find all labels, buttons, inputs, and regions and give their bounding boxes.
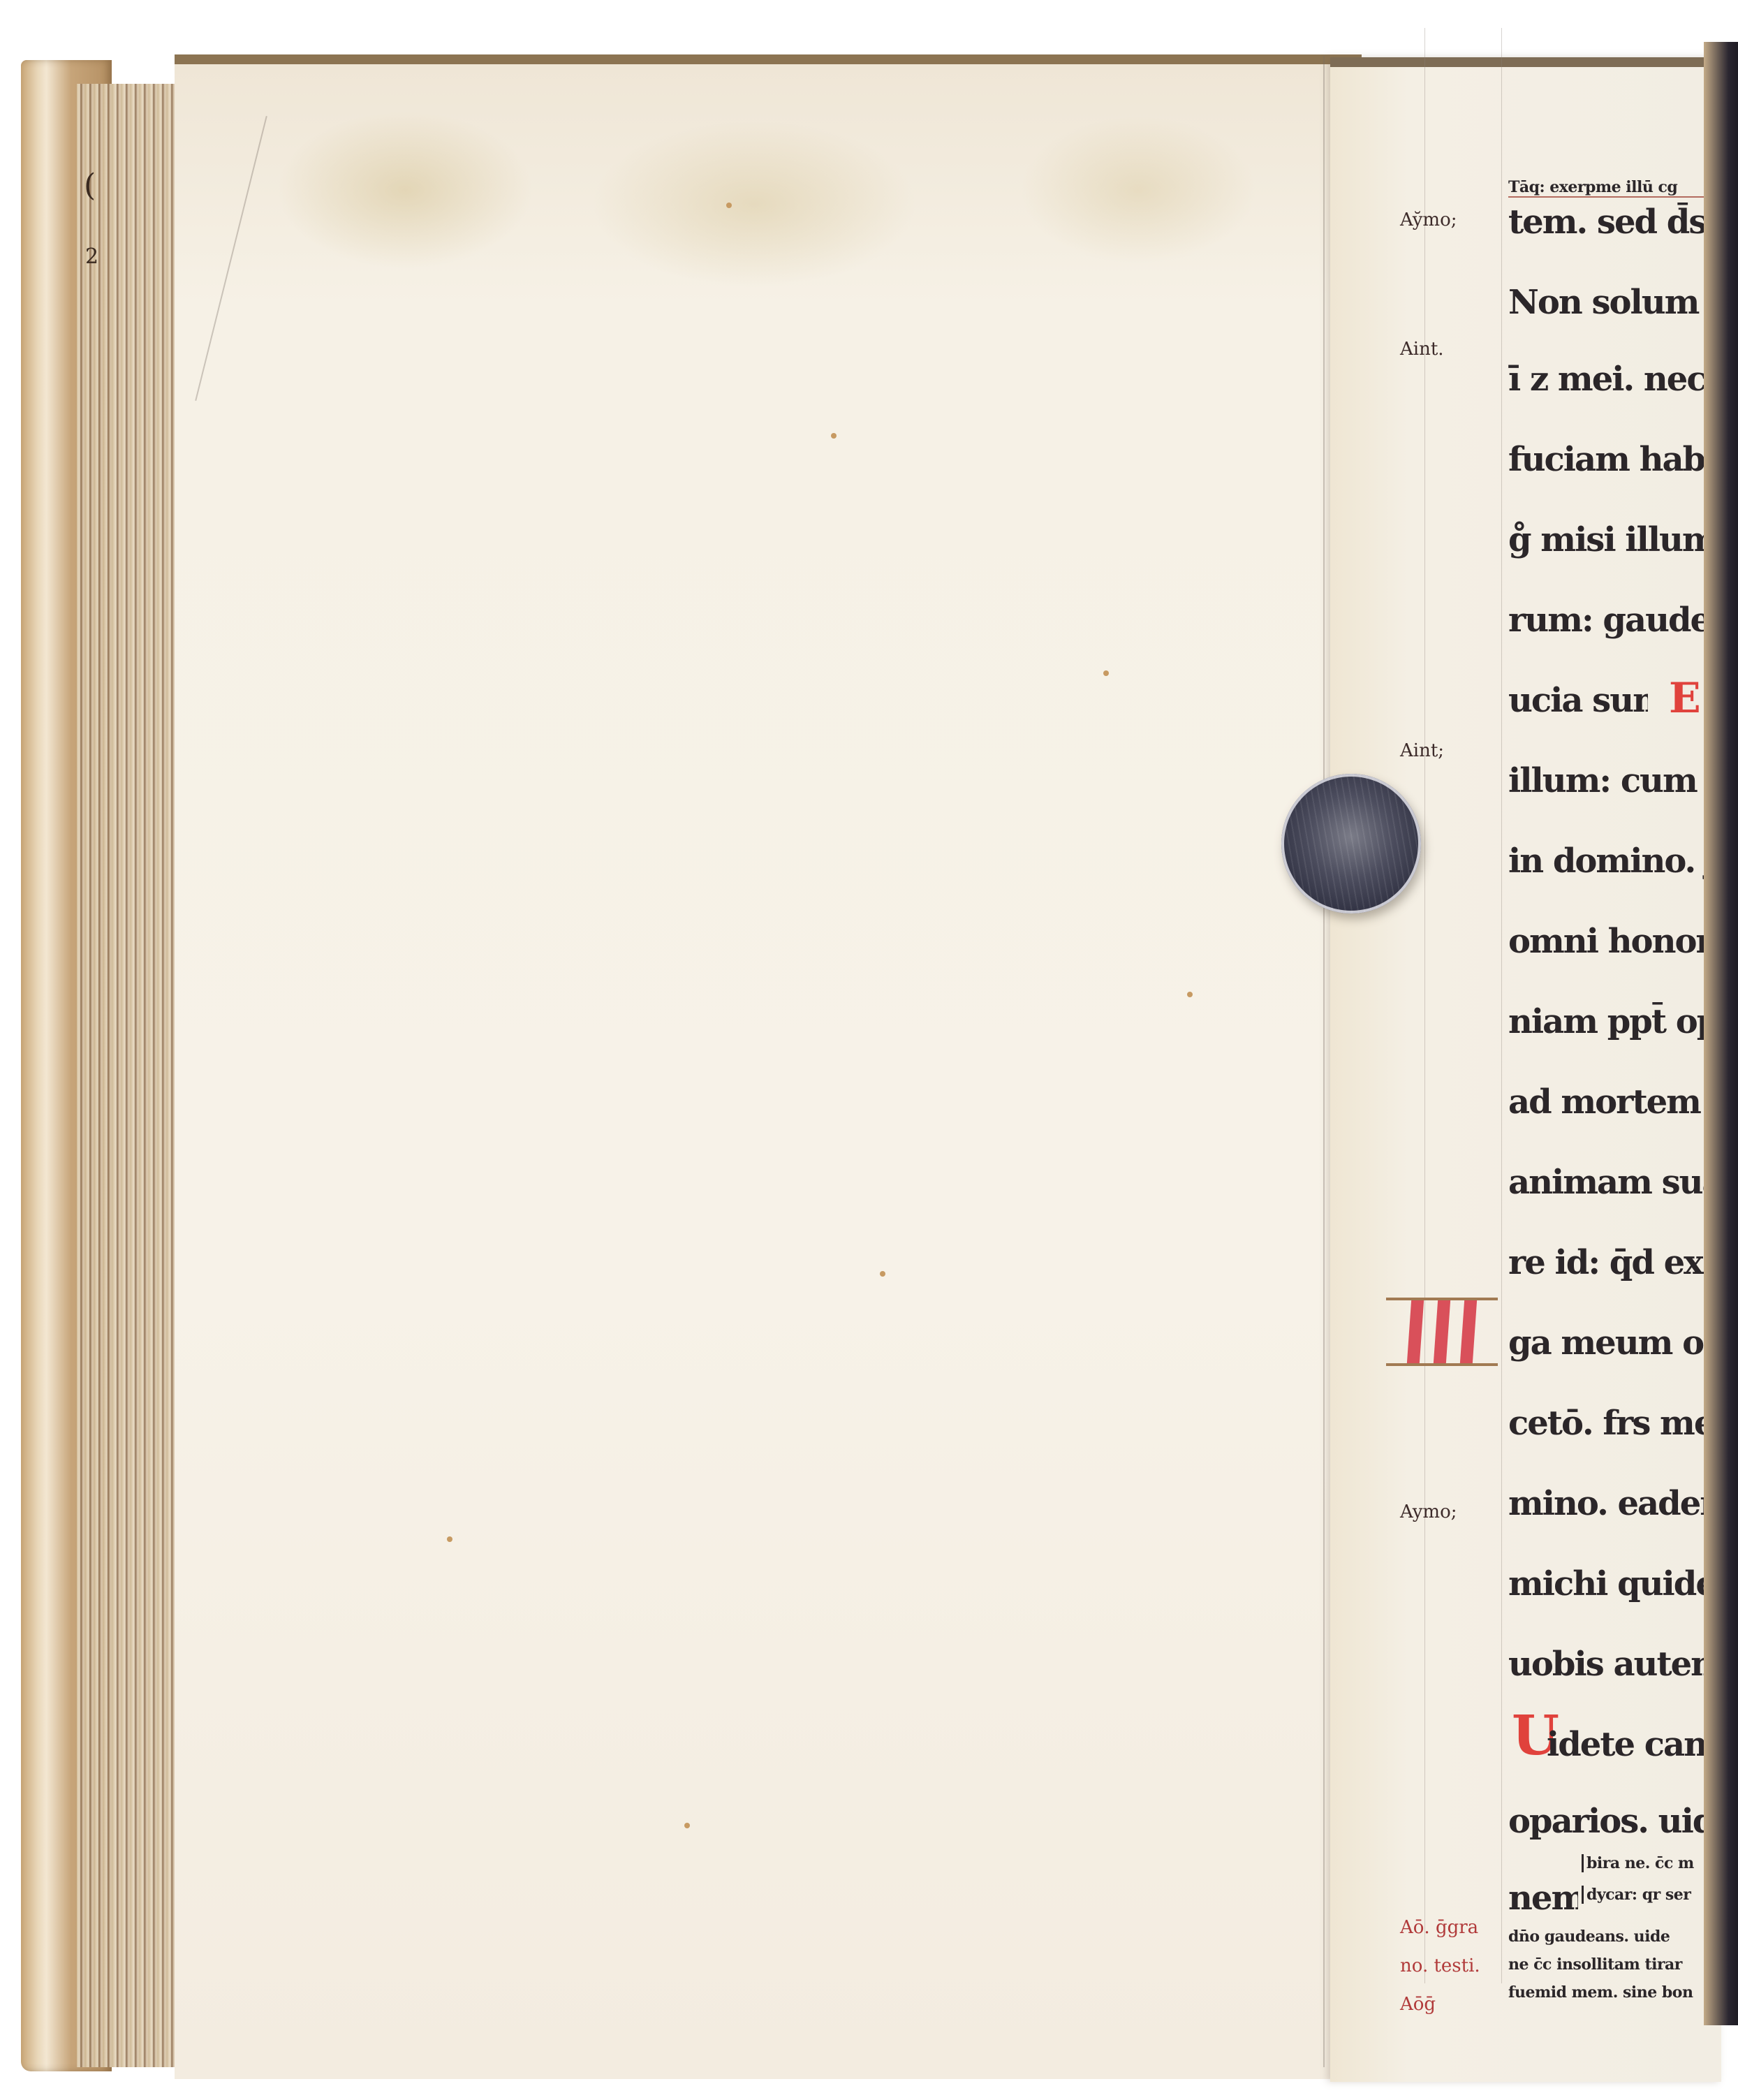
foxing-spot (1187, 992, 1193, 997)
margin-note: Aint. (1400, 339, 1444, 360)
foxing-spot (880, 1271, 885, 1277)
text-line: g̊ misi illum. (1508, 520, 1704, 559)
text-line: in domino. j (1508, 842, 1704, 881)
text-line: ga meum ob (1508, 1323, 1704, 1363)
metal-disc-weight (1281, 774, 1421, 913)
foxing-spot (831, 433, 837, 439)
foxing-spot (684, 1823, 690, 1828)
numeral-stroke (1460, 1300, 1477, 1363)
text-line: ucia sum. (1508, 681, 1648, 720)
foxing-spot (447, 1536, 452, 1542)
gloss-line: fuemid mem. sine bon (1508, 1983, 1704, 2002)
margin-note: Aint; (1400, 740, 1444, 761)
spine-mark: 2 (85, 244, 98, 269)
text-line: ī z mei. nec ril (1508, 360, 1704, 399)
text-line: uobis autem (1508, 1645, 1704, 1684)
text-line: Non solum au (1508, 283, 1704, 322)
text-line: oparios. uid (1508, 1802, 1704, 1841)
text-line: animam sua (1508, 1163, 1704, 1202)
foxing-spot (1103, 670, 1109, 676)
fragment-edge (1704, 42, 1738, 2025)
text-line: re id: q̄d ex u (1508, 1243, 1704, 1282)
ruling-line (1424, 28, 1425, 1983)
text-line: idete canes. (1547, 1725, 1704, 1764)
numeral-stroke (1407, 1300, 1424, 1363)
page-edges (77, 84, 182, 2067)
foxing-spot (726, 203, 732, 208)
gloss-line: bira ne. c̄c m (1582, 1854, 1709, 1872)
margin-note: Ay̆mo; (1400, 210, 1457, 230)
margin-note-rubric: Aōḡ (1400, 1994, 1436, 2015)
text-line: cetō. frs mei: (1508, 1404, 1704, 1443)
section-numeral-iii (1386, 1298, 1498, 1366)
margin-note-rubric: no. testi. (1400, 1955, 1480, 1976)
gloss-line: dn̄o gaudeans. uide (1508, 1928, 1704, 1946)
spine-mark: ( (84, 168, 96, 203)
text-line: fuciam habe (1508, 440, 1704, 479)
rubric-initial: E (1669, 674, 1701, 723)
gloss-line: dycar: qr ser (1582, 1886, 1709, 1904)
text-line: rum: gaudea (1508, 601, 1704, 640)
gloss-line: ne c̄c insollitam tirar (1508, 1955, 1704, 1974)
text-line: nem (1508, 1879, 1578, 1918)
ruling-line (1501, 28, 1502, 1983)
text-line: omni honore (1508, 922, 1704, 961)
numeral-stroke (1434, 1300, 1450, 1363)
text-line: ad mortem a (1508, 1082, 1704, 1122)
header-line: Tāq: exerpme illū cg (1508, 178, 1704, 198)
margin-note-rubric: Aō. ḡgra (1400, 1917, 1478, 1938)
blank-flyleaf (175, 54, 1362, 2079)
text-line: tem. sed d̄s mi (1508, 203, 1704, 242)
text-line: niam ppt̄ op (1508, 1002, 1704, 1041)
gutter-line (1323, 56, 1325, 2067)
text-line: mino. eadem (1508, 1484, 1704, 1523)
margin-note: Aymo; (1400, 1501, 1457, 1522)
text-line: michi quide (1508, 1564, 1704, 1603)
text-line: illum: cum o (1508, 761, 1704, 800)
